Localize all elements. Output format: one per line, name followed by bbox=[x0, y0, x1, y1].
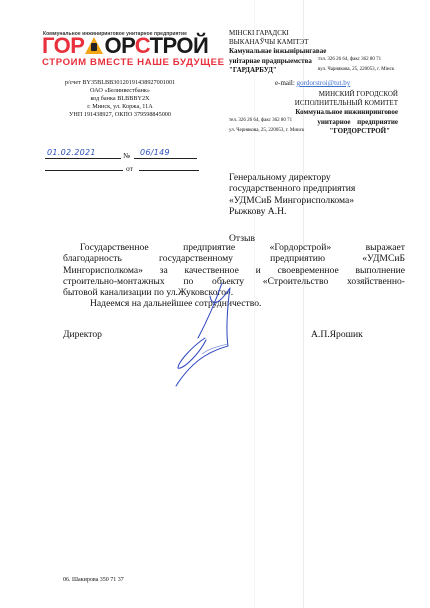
addressee: Генеральному директору государственного … bbox=[229, 172, 355, 217]
header-russian: МИНСКИЙ ГОРОДСКОЙ ИСПОЛНИТЕЛЬНЫЙ КОМИТЕТ… bbox=[295, 90, 398, 136]
handwritten-signature-icon bbox=[170, 278, 240, 393]
handwritten-date: 01.02.2021 bbox=[47, 148, 96, 157]
address-by: вул. Чарнякова, 25, 220053, г. Мінск bbox=[318, 67, 394, 72]
header-line: МИНСКИЙ ГОРОДСКОЙ bbox=[295, 90, 398, 99]
addressee-line: государственного предприятия bbox=[229, 183, 355, 194]
handwritten-number: 06/149 bbox=[140, 148, 170, 157]
bank-account: р/счет BY35BLBB30120191438927001001 bbox=[40, 79, 200, 87]
header-company-name: "ГАРДАРБУД" bbox=[229, 66, 326, 75]
address-ru: ул. Чернякова, 25, 220053, г. Минск bbox=[229, 128, 304, 133]
email-label: e-mail: bbox=[275, 79, 295, 87]
number-line bbox=[134, 158, 197, 159]
header-line: Камунальнае інжынірынгавае bbox=[229, 47, 326, 56]
executor-note: 06. Шакирова 350 71 37 bbox=[63, 577, 124, 583]
phone-ru: тел. 326 26 64, факс 362 80 71 bbox=[229, 118, 292, 123]
header-company-name: "ГОРДОРСТРОЙ" bbox=[295, 127, 398, 136]
body-line: Мингорисполкома» за качественное и своев… bbox=[63, 265, 405, 276]
bank-name: ОАО «Белинвестбанк» bbox=[40, 87, 200, 95]
signatory-role: Директор bbox=[63, 329, 102, 340]
number-label: № bbox=[123, 151, 130, 160]
phone-by: тэл. 326 26 64, факс 362 80 71 bbox=[318, 57, 381, 62]
logo-slogan: СТРОИМ ВМЕСТЕ НАШЕ БУДУЩЕЕ bbox=[42, 57, 225, 68]
header-line: унітарнае прадпрыемства bbox=[229, 57, 326, 66]
header-line: ВЫКАНАЎЧЫ КАМІТЭТ bbox=[229, 38, 326, 47]
logo-text-part: ГОР bbox=[42, 33, 84, 58]
email-link[interactable]: gordorstroi@tut.by bbox=[297, 79, 351, 87]
email-line: e-mail: gordorstroi@tut.by bbox=[275, 79, 350, 87]
tax-ids: УНП 191438927, ОКПО 379598845000 bbox=[40, 111, 200, 119]
header-line: Коммунальное инжиниринговое bbox=[295, 108, 398, 117]
header-line: ИСПОЛНИТЕЛЬНЫЙ КОМИТЕТ bbox=[295, 99, 398, 108]
road-works-sign-icon bbox=[85, 37, 103, 54]
body-line: благодарность государственному предприят… bbox=[63, 253, 405, 264]
bank-address: г. Минск, ул. Коржа, 11А bbox=[40, 103, 200, 111]
ref-date-line bbox=[45, 170, 123, 171]
logo-text-part: С bbox=[135, 33, 150, 58]
header-line: унитарное предприятие bbox=[295, 118, 398, 127]
ref-number-line bbox=[139, 170, 199, 171]
addressee-line: Рыжкову А.Н. bbox=[229, 206, 355, 217]
header-line: МІНСКІ ГАРАДСКІ bbox=[229, 29, 326, 38]
addressee-line: «УДМСиБ Мингорисполкома» bbox=[229, 195, 355, 206]
addressee-line: Генеральному директору bbox=[229, 172, 355, 183]
header-belarusian: МІНСКІ ГАРАДСКІ ВЫКАНАЎЧЫ КАМІТЭТ Камуна… bbox=[229, 29, 326, 75]
bank-details: р/счет BY35BLBB30120191438927001001 ОАО … bbox=[40, 79, 200, 119]
bank-code: код банка BLBBBY2X bbox=[40, 95, 200, 103]
signatory-name: А.П.Ярошик bbox=[311, 329, 363, 340]
company-logo: ГОРОРСТРОЙ bbox=[42, 35, 208, 57]
date-line bbox=[45, 158, 121, 159]
logo-text-part: ТРОЙ bbox=[150, 33, 209, 58]
body-line: Государственное предприятие «Гордорстрой… bbox=[63, 242, 405, 253]
from-label: от bbox=[126, 164, 133, 173]
logo-text-part: ОР bbox=[104, 33, 134, 58]
